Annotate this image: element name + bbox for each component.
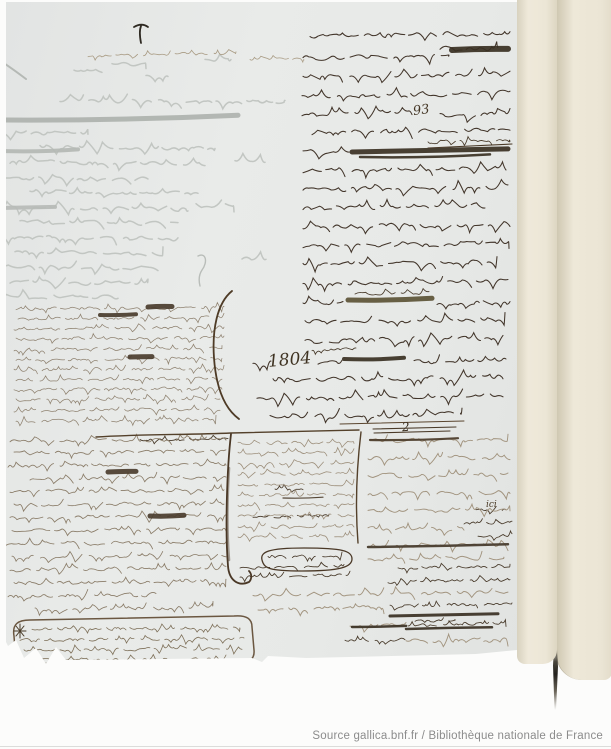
ink-line-right-lower-faded xyxy=(368,504,510,516)
ink-line-ghost-showthrough xyxy=(0,175,148,186)
ink-line-right-lower-faded xyxy=(368,551,504,563)
ink-mark xyxy=(360,154,490,157)
ink-line-ghost-showthrough xyxy=(10,277,148,288)
annotation-ghost-question xyxy=(198,255,205,286)
ink-mark xyxy=(352,149,508,152)
ink-line-left-block-small xyxy=(16,355,222,364)
ink-line-middle-block xyxy=(238,502,354,510)
ink-line-left-block-small xyxy=(14,324,224,333)
ink-line-right-annotations-small xyxy=(388,576,510,586)
ink-line-right-annotations-small xyxy=(268,552,342,561)
ink-line-right-column-dark xyxy=(437,301,510,309)
ink-line-bottom-box-lines xyxy=(26,655,226,665)
ink-mark xyxy=(352,626,406,627)
ink-line-right-annotations-small xyxy=(478,531,512,540)
annotation-top-mark xyxy=(134,25,148,43)
ink-mark xyxy=(344,358,404,360)
ink-line-right-column-dark xyxy=(303,257,497,272)
ink-line-right-column-dark xyxy=(303,239,509,253)
ink-mark xyxy=(406,627,492,629)
ink-line-left-block-small xyxy=(14,344,222,355)
ink-line-left-block-small xyxy=(14,405,220,415)
ink-line-ghost-showthrough xyxy=(0,261,158,274)
ink-line-middle-block xyxy=(238,460,354,469)
ink-line-left-block-small xyxy=(16,375,222,384)
book-page-edges-outer xyxy=(556,0,611,680)
ink-line-right-column-dark xyxy=(303,296,343,304)
ink-line-right-lower-faded xyxy=(368,452,510,465)
ink-mark xyxy=(148,306,172,307)
ink-line-ghost-showthrough xyxy=(235,154,265,163)
ink-line-middle-block xyxy=(238,448,354,457)
ink-line-right-lower-faded xyxy=(258,604,384,616)
ink-line-right-annotations-small xyxy=(464,519,512,524)
annotation-bottom-box xyxy=(14,616,254,667)
ink-mark xyxy=(283,497,323,498)
ink-line-left-block-main xyxy=(12,552,226,563)
ink-line-left-block-main xyxy=(6,538,226,549)
ink-line-ghost-showthrough xyxy=(30,188,198,197)
ink-line-ghost-showthrough xyxy=(112,63,146,69)
ink-line-right-column-dark xyxy=(303,277,508,292)
ink-mark xyxy=(108,471,136,472)
ink-line-bottom-box-lines xyxy=(24,644,242,654)
ink-line-ghost-showthrough xyxy=(205,54,231,61)
ink-line-right-column-dark xyxy=(303,180,508,196)
ink-line-right-column-dark xyxy=(270,408,462,422)
ink-line-left-block-main xyxy=(35,601,213,615)
ink-line-right-annotations-small xyxy=(240,571,350,581)
ink-line-right-lower-faded xyxy=(406,634,508,646)
ink-line-right-annotations-small xyxy=(240,562,344,570)
source-attribution-text: Source gallica.bnf.fr / Bibliothèque nat… xyxy=(312,730,603,742)
ink-line-right-column-dark xyxy=(303,200,485,210)
ink-line-left-block-main xyxy=(14,577,226,587)
ink-line-right-column-dark xyxy=(440,109,510,123)
ink-line-left-block-main xyxy=(8,590,156,601)
ink-line-right-annotations-small xyxy=(390,601,512,610)
ink-line-left-block-small xyxy=(16,303,224,313)
ink-line-pale-annotations xyxy=(250,56,304,62)
ink-mark xyxy=(100,314,136,315)
ink-mark xyxy=(390,614,498,616)
ink-mark xyxy=(452,49,508,50)
ink-line-right-column-dark xyxy=(303,68,510,83)
ink-line-right-column-dark xyxy=(273,370,503,385)
ink-line-left-block-main xyxy=(14,450,226,459)
footer-divider xyxy=(0,746,611,747)
ink-line-left-block-main xyxy=(10,511,226,523)
annotation-underline-c xyxy=(373,427,456,433)
ink-line-bottom-box-lines xyxy=(32,624,240,633)
ink-line-right-column-dark xyxy=(253,361,271,370)
ink-line-ghost-showthrough xyxy=(0,129,88,139)
ink-line-right-column-dark xyxy=(318,360,342,364)
ink-line-ghost-showthrough xyxy=(20,218,178,229)
manuscript-page: 1804932ici xyxy=(6,2,517,662)
ink-mark xyxy=(0,207,55,208)
annotation-gray-diagonal xyxy=(2,62,26,79)
ink-mark xyxy=(0,115,238,120)
ink-line-ghost-showthrough xyxy=(60,94,285,109)
ink-line-left-block-small xyxy=(16,394,220,404)
ink-line-right-lower-faded xyxy=(368,469,508,481)
ink-line-middle-block xyxy=(238,479,354,486)
ink-line-right-column-dark xyxy=(305,313,505,327)
ink-line-right-column-dark xyxy=(303,221,510,233)
ink-line-left-block-main xyxy=(30,472,226,484)
ink-line-bottom-box-lines xyxy=(20,635,244,644)
ink-line-middle-block xyxy=(238,522,354,532)
ink-line-ghost-showthrough xyxy=(10,156,205,171)
ink-line-ghost-showthrough xyxy=(196,200,234,212)
ink-line-right-annotations-small xyxy=(312,348,356,354)
ink-mark xyxy=(348,298,432,300)
gallica-scan-view: 1804932ici Source gallica.bnf.fr / Bibli… xyxy=(0,0,611,749)
ink-line-right-column-dark xyxy=(305,333,503,347)
ink-line-left-block-small xyxy=(14,387,222,395)
ink-line-left-block-main xyxy=(10,485,224,497)
ink-line-right-column-dark xyxy=(310,32,510,41)
ink-line-left-block-main xyxy=(10,563,226,574)
ink-line-ghost-showthrough xyxy=(242,252,266,260)
annotation-bracket xyxy=(214,291,239,419)
ink-line-middle-block xyxy=(238,439,354,447)
book-page-edges-inner xyxy=(517,0,557,664)
annotation-middle-box-left xyxy=(227,434,252,584)
ink-line-right-lower-faded xyxy=(253,587,508,601)
ink-line-middle-block xyxy=(238,531,354,541)
ink-line-right-annotations-small xyxy=(345,636,405,644)
annotation-middle-box-top xyxy=(96,430,359,437)
ink-mark xyxy=(0,149,78,151)
ink-line-right-column-dark xyxy=(302,88,510,101)
annotation-box-asterisk xyxy=(14,624,26,638)
ink-line-right-column-dark xyxy=(303,55,449,64)
ink-line-middle-block xyxy=(238,490,354,498)
ink-line-right-column-dark xyxy=(312,127,510,138)
ink-line-ghost-showthrough xyxy=(74,70,102,73)
ink-line-ghost-showthrough xyxy=(0,236,178,245)
ink-line-right-lower-faded xyxy=(368,491,510,500)
ink-line-right-column-dark xyxy=(303,147,349,159)
ink-line-middle-block xyxy=(238,468,354,478)
ink-line-left-block-small xyxy=(14,364,224,374)
ink-line-left-block-small xyxy=(16,415,216,425)
ink-line-right-lower-faded xyxy=(368,523,464,535)
ink-line-left-block-main xyxy=(14,499,224,511)
ink-line-right-column-dark xyxy=(414,355,506,364)
ink-line-ghost-showthrough xyxy=(146,75,168,81)
ink-mark xyxy=(150,515,184,516)
annotation-middle-box-right xyxy=(357,432,361,543)
ink-line-ghost-showthrough xyxy=(15,247,163,258)
ink-line-right-annotations-small xyxy=(355,289,429,295)
ink-line-right-column-dark xyxy=(257,389,503,406)
ink-line-right-annotations-small xyxy=(398,563,510,572)
ink-line-left-block-small xyxy=(16,334,224,344)
ink-line-left-block-main xyxy=(8,459,226,471)
ink-line-pale-annotations xyxy=(88,50,236,60)
annotation-underline-b xyxy=(340,421,464,424)
source-attribution-bar: Source gallica.bnf.fr / Bibliothèque nat… xyxy=(0,721,611,749)
ink-line-right-annotations-small xyxy=(428,137,510,146)
ink-line-ghost-showthrough xyxy=(0,290,118,299)
ink-line-right-column-dark xyxy=(303,162,506,178)
annotation-middle-box-left-blot xyxy=(228,468,230,560)
ink-line-right-column-dark xyxy=(302,106,412,118)
ink-line-middle-block xyxy=(238,512,354,519)
ink-line-left-block-main xyxy=(12,526,226,535)
ink-mark xyxy=(368,544,508,547)
